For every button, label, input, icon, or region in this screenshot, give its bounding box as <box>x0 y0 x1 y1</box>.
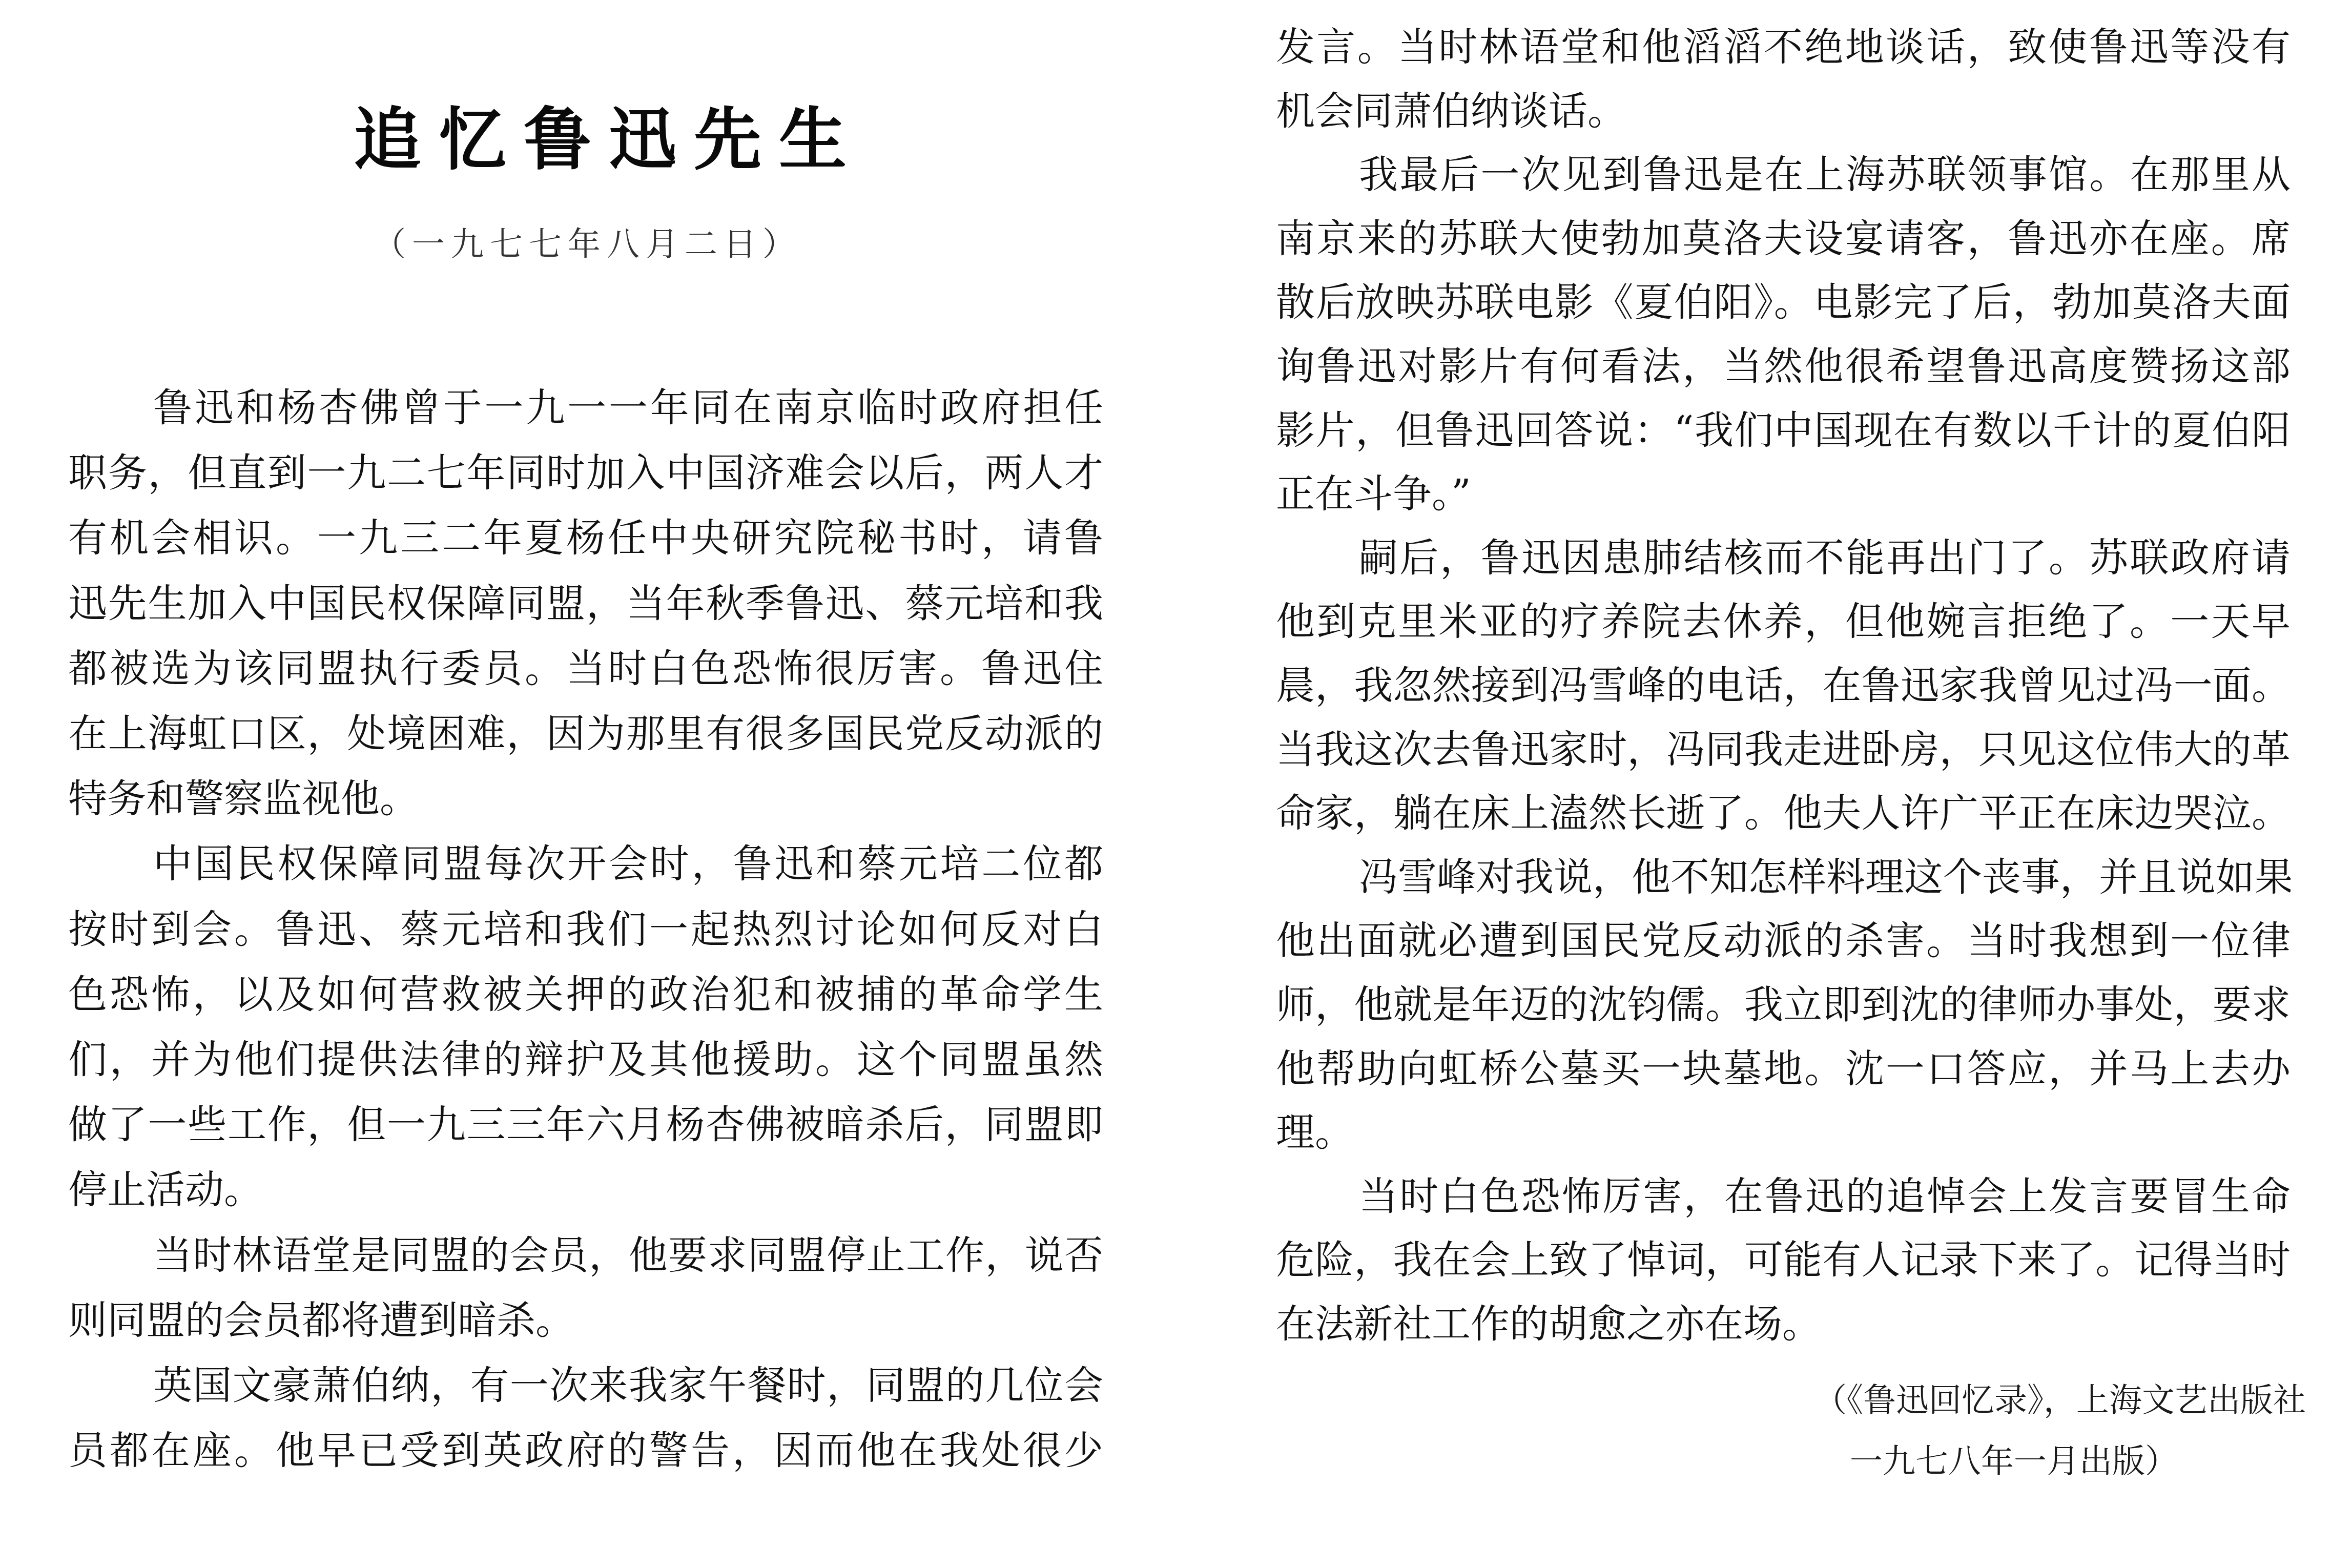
text-line: 色恐怖，以及如何营救被关押的政治犯和被捕的革命学生 <box>68 969 1103 1020</box>
text-line: 嗣后，鲁迅因患肺结核而不能再出门了。苏联政府请 <box>1359 532 2291 584</box>
text-line: 南京来的苏联大使勃加莫洛夫设宴请客，鲁迅亦在座。席 <box>1276 213 2291 264</box>
text-line: 当时白色恐怖厉害，在鲁迅的追悼会上发言要冒生命 <box>1359 1171 2291 1222</box>
text-line: 命家，躺在床上溘然长逝了。他夫人许广平正在床边哭泣。 <box>1276 788 2291 839</box>
text-line: 停止活动。 <box>68 1164 1103 1215</box>
text-line: 正在斗争。” <box>1276 468 2291 520</box>
text-line: 危险，我在会上致了悼词，可能有人记录下来了。记得当时 <box>1276 1234 2291 1286</box>
text-line: 都被选为该同盟执行委员。当时白色恐怖很厉害。鲁迅住 <box>68 643 1103 694</box>
citation-line-2: 一九七八年一月出版） <box>1850 1438 2209 1484</box>
text-line: 特务和警察监视他。 <box>68 773 1103 824</box>
text-line: 晨，我忽然接到冯雪峰的电话，在鲁迅家我曾见过冯一面。 <box>1276 660 2291 711</box>
text-line: 询鲁迅对影片有何看法，当然他很希望鲁迅高度赞扬这部 <box>1276 341 2291 392</box>
text-line: 我最后一次见到鲁迅是在上海苏联领事馆。在那里从 <box>1359 149 2291 200</box>
left-column: 鲁迅和杨杏佛曾于一九一一年同在南京临时政府担任职务，但直到一九二七年同时加入中国… <box>68 0 1103 1568</box>
text-line: 发言。当时林语堂和他滔滔不绝地谈话，致使鲁迅等没有 <box>1276 22 2291 73</box>
text-line: 他出面就必遭到国民党反动派的杀害。当时我想到一位律 <box>1276 915 2291 966</box>
text-line: 冯雪峰对我说，他不知怎样料理这个丧事，并且说如果 <box>1359 852 2291 903</box>
text-line: 在上海虹口区，处境困难，因为那里有很多国民党反动派的 <box>68 708 1103 759</box>
text-line: 英国文豪萧伯纳，有一次来我家午餐时，同盟的几位会 <box>153 1360 1103 1411</box>
text-line: 在法新社工作的胡愈之亦在场。 <box>1276 1298 2291 1350</box>
text-line: 鲁迅和杨杏佛曾于一九一一年同在南京临时政府担任 <box>153 382 1103 434</box>
text-line: 他帮助向虹桥公墓买一块墓地。沈一口答应，并马上去办 <box>1276 1043 2291 1095</box>
text-line: 他到克里米亚的疗养院去休养，但他婉言拒绝了。一天早 <box>1276 596 2291 647</box>
text-line: 做了一些工作，但一九三三年六月杨杏佛被暗杀后，同盟即 <box>68 1099 1103 1150</box>
text-line: 则同盟的会员都将遭到暗杀。 <box>68 1295 1103 1346</box>
right-column: 发言。当时林语堂和他滔滔不绝地谈话，致使鲁迅等没有机会同萧伯纳谈话。我最后一次见… <box>1276 0 2291 1568</box>
text-line: 理。 <box>1276 1107 2291 1158</box>
text-line: 当时林语堂是同盟的会员，他要求同盟停止工作，说否 <box>153 1230 1103 1281</box>
text-line: 按时到会。鲁迅、蔡元培和我们一起热烈讨论如何反对白 <box>68 904 1103 955</box>
text-line: 迅先生加入中国民权保障同盟，当年秋季鲁迅、蔡元培和我 <box>68 578 1103 629</box>
text-line: 当我这次去鲁迅家时，冯同我走进卧房，只见这位伟大的革 <box>1276 724 2291 775</box>
text-line: 机会同萧伯纳谈话。 <box>1276 86 2291 137</box>
text-line: 师，他就是年迈的沈钧儒。我立即到沈的律师办事处，要求 <box>1276 979 2291 1030</box>
text-line: 散后放映苏联电影《夏伯阳》。电影完了后，勃加莫洛夫面 <box>1276 277 2291 328</box>
text-line: 影片，但鲁迅回答说：“我们中国现在有数以千计的夏伯阳 <box>1276 405 2291 456</box>
text-line: 有机会相识。一九三二年夏杨任中央研究院秘书时，请鲁 <box>68 512 1103 564</box>
text-line: 们，并为他们提供法律的辩护及其他援助。这个同盟虽然 <box>68 1034 1103 1085</box>
text-line: 中国民权保障同盟每次开会时，鲁迅和蔡元培二位都 <box>153 838 1103 890</box>
citation-line-1: （《鲁迅回忆录》，上海文艺出版社 <box>1814 1377 2291 1423</box>
text-line: 职务，但直到一九二七年同时加入中国济难会以后，两人才 <box>68 447 1103 499</box>
text-line: 员都在座。他早已受到英政府的警告，因而他在我处很少 <box>68 1425 1103 1476</box>
